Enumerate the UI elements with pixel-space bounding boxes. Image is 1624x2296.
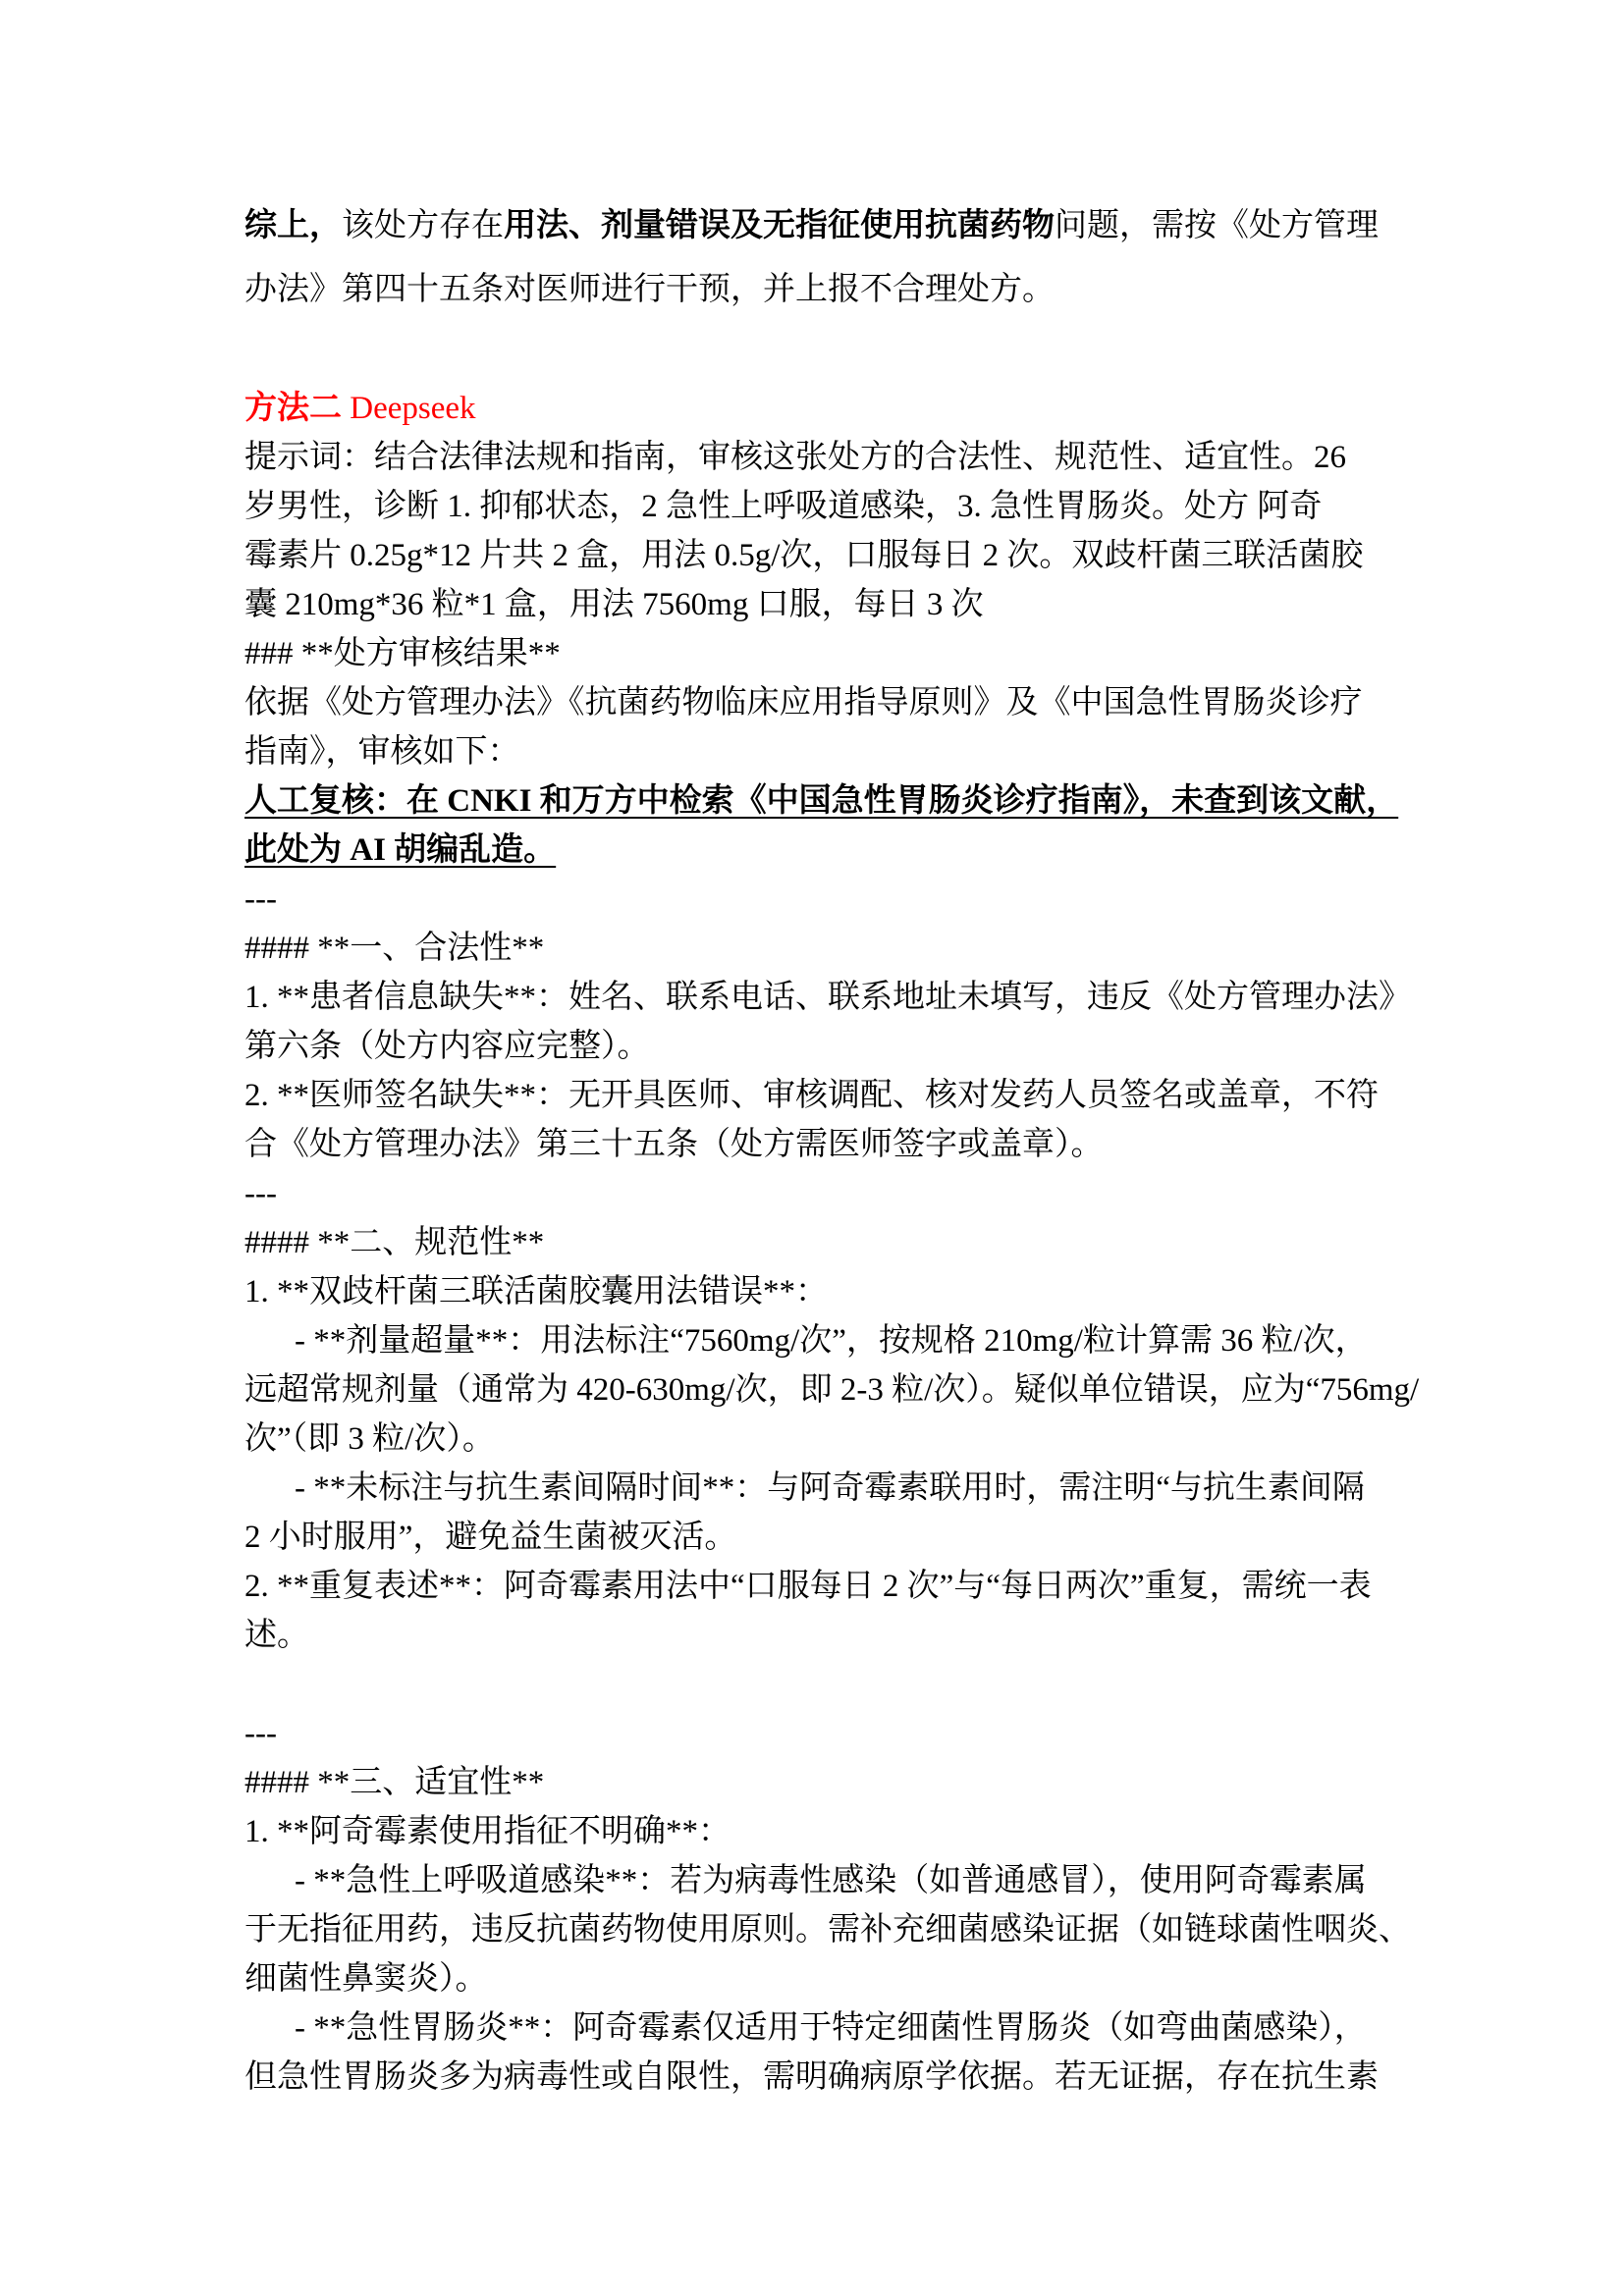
prompt-line-4: 囊 210mg*36 粒*1 盒，用法 7560mg 口服，每日 3 次: [244, 580, 1393, 629]
legality-item-1b: 第六条（处方内容应完整）。: [244, 1022, 1393, 1071]
divider-2: ---: [244, 1169, 1393, 1218]
standard-item-1-dose-c: 次”（即 3 粒/次）。: [244, 1415, 1393, 1464]
text-segment: - **剂量超量**：用法标注“7560mg/次”，按规格 210mg/粒计算需…: [295, 1323, 1368, 1359]
divider-3: ---: [244, 1709, 1393, 1758]
review-result-heading: ### **处方审核结果**: [244, 629, 1393, 678]
line-spacer: [244, 1660, 1393, 1709]
suitability-uri-c: 细菌性鼻窦炎）。: [244, 1954, 1393, 2003]
text-segment: 用法、剂量错误及无指征使用抗菌药物: [504, 208, 1055, 243]
text-segment: 次”（即 3 粒/次）。: [244, 1421, 495, 1457]
method2-heading: 方法二 Deepseek: [244, 384, 1393, 433]
suitability-item-1: 1. **阿奇霉素使用指征不明确**：: [244, 1807, 1393, 1856]
suitability-gastro-a: - **急性胃肠炎**：阿奇霉素仅适用于特定细菌性胃肠炎（如弯曲菌感染），: [244, 2003, 1393, 2053]
text-segment: 第六条（处方内容应完整）。: [244, 1029, 650, 1064]
text-segment: 2. **医师签名缺失**：无开具医师、审核调配、核对发药人员签名或盖章，不符: [244, 1078, 1379, 1113]
text-segment: 细菌性鼻窦炎）。: [244, 1961, 488, 1997]
text-segment: 霉素片 0.25g*12 片共 2 盒，用法 0.5g/次，口服每日 2 次。双…: [244, 538, 1363, 573]
text-segment: 此处为 AI 胡编乱造。: [244, 832, 556, 868]
text-segment: 1. **阿奇霉素使用指征不明确**：: [244, 1814, 731, 1849]
text-segment: 岁男性，诊断 1. 抑郁状态，2 急性上呼吸道感染，3. 急性胃肠炎。处方 阿奇: [244, 489, 1322, 524]
standard-item-2b: 述。: [244, 1611, 1393, 1660]
standard-item-1-interval-b: 2 小时服用”，避免益生菌被灭活。: [244, 1513, 1393, 1562]
section-heading-legality: #### **一、合法性**: [244, 924, 1393, 973]
text-segment: 该处方存在: [342, 208, 504, 243]
line-spacer: [244, 322, 1393, 384]
prompt-line-2: 岁男性，诊断 1. 抑郁状态，2 急性上呼吸道感染，3. 急性胃肠炎。处方 阿奇: [244, 482, 1393, 531]
text-segment: - **急性上呼吸道感染**：若为病毒性感染（如普通感冒），使用阿奇霉素属: [295, 1863, 1367, 1898]
section-heading-suitability: #### **三、适宜性**: [244, 1758, 1393, 1807]
legality-item-2a: 2. **医师签名缺失**：无开具医师、审核调配、核对发药人员签名或盖章，不符: [244, 1071, 1393, 1120]
standard-item-1-dose-b: 远超常规剂量（通常为 420-630mg/次，即 2-3 粒/次）。疑似单位错误…: [244, 1365, 1393, 1415]
basis-line-2: 指南》，审核如下：: [244, 727, 1393, 776]
text-segment: 办法》第四十五条对医师进行干预，并上报不合理处方。: [244, 272, 1055, 307]
text-segment: - **急性胃肠炎**：阿奇霉素仅适用于特定细菌性胃肠炎（如弯曲菌感染），: [295, 2010, 1367, 2046]
text-segment: 述。: [244, 1618, 309, 1653]
text-segment: #### **一、合法性**: [244, 931, 544, 966]
legality-item-1a: 1. **患者信息缺失**：姓名、联系电话、联系地址未填写，违反《处方管理办法》: [244, 973, 1393, 1022]
prompt-line-1: 提示词：结合法律法规和指南，审核这张处方的合法性、规范性、适宜性。26: [244, 433, 1393, 482]
standard-item-1-interval-a: - **未标注与抗生素间隔时间**：与阿奇霉素联用时，需注明“与抗生素间隔: [244, 1464, 1393, 1513]
legality-item-2b: 合《处方管理办法》第三十五条（处方需医师签字或盖章）。: [244, 1120, 1393, 1169]
text-segment: 问题，需按《处方管理: [1055, 208, 1379, 243]
document-content: 综上，该处方存在用法、剂量错误及无指征使用抗菌药物问题，需按《处方管理办法》第四…: [244, 194, 1393, 2102]
text-segment: 依据《处方管理办法》《抗菌药物临床应用指导原则》及《中国急性胃肠炎诊疗: [244, 685, 1363, 721]
text-segment: 2 小时服用”，避免益生菌被灭活。: [244, 1520, 736, 1555]
text-segment: 人工复核：在 CNKI 和万方中检索《中国急性胃肠炎诊疗指南》，未查到该文献，: [244, 783, 1398, 819]
text-segment: Deepseek: [342, 391, 476, 426]
basis-line-1: 依据《处方管理办法》《抗菌药物临床应用指导原则》及《中国急性胃肠炎诊疗: [244, 678, 1393, 727]
text-segment: 但急性胃肠炎多为病毒性或自限性，需明确病原学依据。若无证据，存在抗生素: [244, 2059, 1379, 2095]
summary-line-1: 综上，该处方存在用法、剂量错误及无指征使用抗菌药物问题，需按《处方管理: [244, 194, 1393, 258]
standard-item-2a: 2. **重复表述**：阿奇霉素用法中“口服每日 2 次”与“每日两次”重复，需…: [244, 1562, 1393, 1611]
standard-item-1: 1. **双歧杆菌三联活菌胶囊用法错误**：: [244, 1267, 1393, 1316]
text-segment: 提示词：结合法律法规和指南，审核这张处方的合法性、规范性、适宜性。26: [244, 440, 1346, 475]
suitability-uri-b: 于无指征用药，违反抗菌药物使用原则。需补充细菌感染证据（如链球菌性咽炎、: [244, 1905, 1393, 1954]
text-segment: 1. **患者信息缺失**：姓名、联系电话、联系地址未填写，违反《处方管理办法》: [244, 980, 1411, 1015]
text-segment: ---: [244, 881, 277, 917]
text-segment: 合《处方管理办法》第三十五条（处方需医师签字或盖章）。: [244, 1127, 1104, 1162]
suitability-uri-a: - **急性上呼吸道感染**：若为病毒性感染（如普通感冒），使用阿奇霉素属: [244, 1856, 1393, 1905]
summary-line-2: 办法》第四十五条对医师进行干预，并上报不合理处方。: [244, 258, 1393, 322]
suitability-gastro-b: 但急性胃肠炎多为病毒性或自限性，需明确病原学依据。若无证据，存在抗生素: [244, 2053, 1393, 2102]
document-page: 综上，该处方存在用法、剂量错误及无指征使用抗菌药物问题，需按《处方管理办法》第四…: [0, 0, 1624, 2296]
text-segment: 综上，: [244, 208, 342, 243]
manual-review-line-2: 此处为 AI 胡编乱造。: [244, 826, 1393, 875]
text-segment: 指南》，审核如下：: [244, 734, 520, 770]
text-segment: 远超常规剂量（通常为 420-630mg/次，即 2-3 粒/次）。疑似单位错误…: [244, 1372, 1419, 1408]
manual-review-line-1: 人工复核：在 CNKI 和万方中检索《中国急性胃肠炎诊疗指南》，未查到该文献，: [244, 776, 1393, 826]
text-segment: ---: [244, 1716, 277, 1751]
text-segment: 1. **双歧杆菌三联活菌胶囊用法错误**：: [244, 1274, 828, 1309]
text-segment: 方法二: [244, 391, 342, 426]
divider-1: ---: [244, 875, 1393, 924]
section-heading-standardization: #### **二、规范性**: [244, 1218, 1393, 1267]
text-segment: 囊 210mg*36 粒*1 盒，用法 7560mg 口服，每日 3 次: [244, 587, 984, 622]
text-segment: ### **处方审核结果**: [244, 636, 561, 671]
text-segment: #### **二、规范性**: [244, 1225, 544, 1260]
standard-item-1-dose-a: - **剂量超量**：用法标注“7560mg/次”，按规格 210mg/粒计算需…: [244, 1316, 1393, 1365]
text-segment: 2. **重复表述**：阿奇霉素用法中“口服每日 2 次”与“每日两次”重复，需…: [244, 1569, 1372, 1604]
text-segment: 于无指征用药，违反抗菌药物使用原则。需补充细菌感染证据（如链球菌性咽炎、: [244, 1912, 1411, 1948]
prompt-line-3: 霉素片 0.25g*12 片共 2 盒，用法 0.5g/次，口服每日 2 次。双…: [244, 531, 1393, 580]
text-segment: #### **三、适宜性**: [244, 1765, 544, 1800]
text-segment: - **未标注与抗生素间隔时间**：与阿奇霉素联用时，需注明“与抗生素间隔: [295, 1470, 1365, 1506]
text-segment: ---: [244, 1176, 277, 1211]
